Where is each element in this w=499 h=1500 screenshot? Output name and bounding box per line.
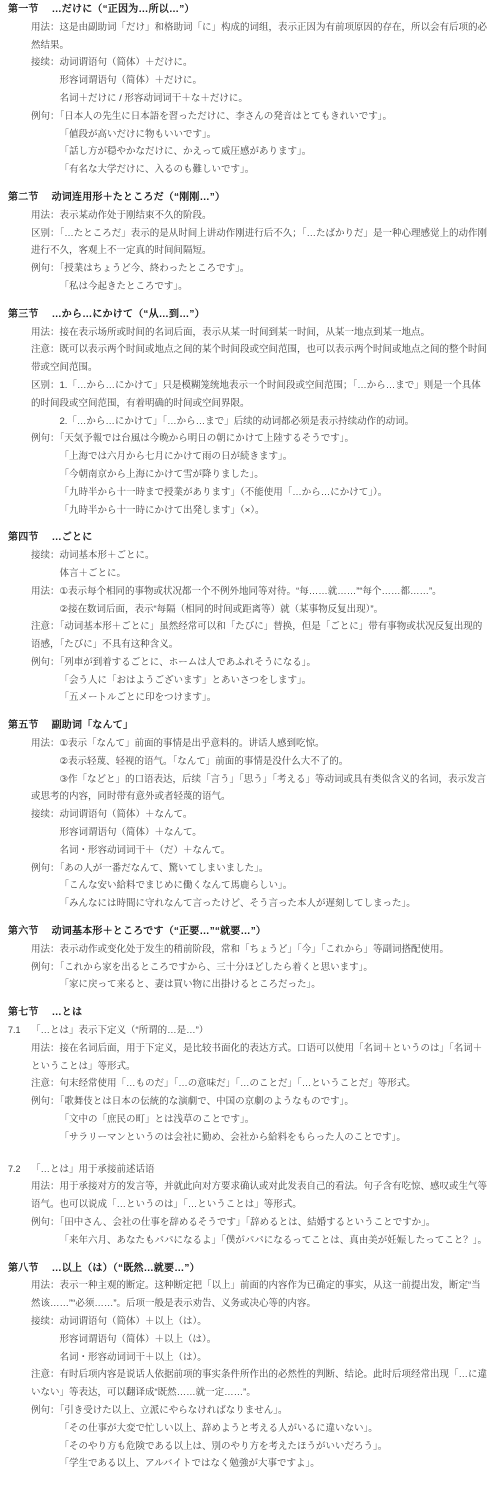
item-first-line: 例句：「あの人が一番だなんて、驚いてしまいました」。 (31, 860, 489, 878)
item-label: 注意： (31, 1078, 60, 1089)
section-item: 注意：句末经常使用「…ものだ」「…の意味だ」「…のことだ」「…ということだ」等形… (31, 1075, 489, 1093)
section-item: 例句：「天気予報では台風は今晩から明日の朝にかけて上陸するそうです」。 「上海で… (31, 430, 489, 519)
item-label: 例句： (31, 657, 60, 668)
section-item: 用法：这是由副助词「だけ」和格助词「に」构成的词组，表示正因为有前项原因的存在，… (31, 19, 489, 55)
section-item: 接续：动词谓语句（简体）＋なんて。 形容词谓语句（简体）＋なんて。 名词・形容动… (31, 806, 489, 859)
item-text: 「日本人の先生に日本語を習っただけに、李さんの発音はとてもきれいです」。 (60, 111, 393, 122)
section-item: 例句：「あの人が一番だなんて、驚いてしまいました」。 「こんな安い給料でまじめに… (31, 860, 489, 913)
item-sub-line: 「五メートルごとに印をつけます」。 (31, 689, 489, 707)
item-text: 动词谓语句（简体）＋だけに。 (60, 57, 193, 68)
item-text: 「これから家を出るところですから、三十分ほどしたら着くと思います」。 (60, 962, 373, 973)
item-first-line: 区别：1.「…から…にかけて」只是模糊笼统地表示一个时间段或空间范围；「…から…… (31, 377, 489, 413)
item-sub-line: 名词＋だけに / 形容动词词干＋な＋だけに。 (31, 90, 489, 108)
item-sub-line: 「家に戻って来ると、妻は買い物に出掛けるところだった」。 (31, 976, 489, 994)
document-body: 第一节…だけに（“正因为…所以…”） 用法：这是由副助词「だけ」和格助词「に」构… (0, 0, 499, 1473)
section-heading: 第三节…から…にかけて（“从…到…”） (8, 306, 489, 324)
item-text: 接在名词后面，用于下定义，是比较书面化的表达方式。口语可以使用「名词＋というのは… (31, 1043, 482, 1072)
item-first-line: 接续：动词谓语句（简体）＋なんて。 (31, 806, 489, 824)
grammar-section: 第一节…だけに（“正因为…所以…”） 用法：这是由副助词「だけ」和格助词「に」构… (8, 1, 489, 179)
item-sub-line: 「私は今起きたところです」。 (31, 278, 489, 296)
section-item: 区别：1.「…から…にかけて」只是模糊笼统地表示一个时间段或空间范围；「…から…… (31, 377, 489, 430)
section-number: 第四节 (8, 532, 39, 543)
section-item: 例句：「引き受けた以上、立派にやらなければなりません」。 「その仕事が大変で忙し… (31, 1402, 489, 1473)
item-first-line: 接续：动词谓语句（简体）＋だけに。 (31, 54, 489, 72)
section-heading: 第四节…ごとに (8, 529, 489, 547)
section-title: …以上（は）（“既然…就要…”） (52, 1263, 200, 1274)
section-item: 用法：表示一种主观的断定。这种断定把「以上」前面的内容作为已确定的事实，从这一前… (31, 1277, 489, 1313)
section-item: 用法：表示动作或变化处于发生的稍前阶段，常和「ちょうど」「今」「これから」等副词… (31, 941, 489, 959)
section-item: 用法：接在名词后面，用于下定义，是比较书面化的表达方式。口语可以使用「名词＋とい… (31, 1040, 489, 1076)
item-text: 动词基本形＋ごとに。 (60, 550, 155, 561)
section-number: 第七节 (8, 1007, 39, 1018)
item-sub-line: 2.「…から…にかけて」「…から…まで」后续的动词都必须是表示持续动作的动词。 (31, 413, 489, 431)
item-first-line: 例句：「引き受けた以上、立派にやらなければなりません」。 (31, 1402, 489, 1420)
item-sub-line: 「サラリーマンというのは会社に勤め、会社から給料をもらった人のことです」。 (31, 1129, 489, 1147)
item-first-line: 注意：有时后项内容是说话人依据前项的事实条件所作出的必然性的判断、结论。此时后项… (31, 1366, 489, 1402)
item-label: 例句： (31, 1096, 60, 1107)
item-label: 例句： (31, 962, 60, 973)
section-item: 例句：「歌舞伎とは日本の伝統的な演劇で、中国の京劇のようなものです」。 「文中の… (31, 1093, 489, 1146)
item-text: 「列車が到着するごとに、ホームは人であふれそうになる」。 (60, 657, 317, 668)
item-text: 「田中さん、会社の仕事を辞めるそうです」「辞めるとは、結婚するということですか」… (60, 1217, 436, 1228)
item-first-line: 例句：「列車が到着するごとに、ホームは人であふれそうになる」。 (31, 654, 489, 672)
section-item: 例句：「田中さん、会社の仕事を辞めるそうです」「辞めるとは、結婚するということで… (31, 1214, 489, 1250)
item-label: 用法： (31, 1280, 60, 1291)
item-first-line: 用法：表示某动作处于刚结束不久的阶段。 (31, 207, 489, 225)
item-first-line: 注意：「动词基本形＋ごとに」虽然经常可以和「たびに」替换，但是「ごとに」带有事物… (31, 618, 489, 654)
section-number: 第二节 (8, 192, 39, 203)
item-label: 用法： (31, 210, 60, 221)
grammar-section: 第六节动词基本形＋ところです（“正要…”“就要…”） 用法：表示动作或变化处于发… (8, 923, 489, 994)
item-sub-line: 「九時半から十一時にかけて出発します」（×）。 (31, 502, 489, 520)
item-label: 用法： (31, 586, 60, 597)
section-item: 接续：动词基本形＋ごとに。 体言＋ごとに。 (31, 547, 489, 583)
section-title: 副助词「なんて」 (52, 720, 134, 731)
item-sub-line: 「有名な大学だけに、入るのも難しいです」。 (31, 161, 489, 179)
item-first-line: 例句：「授業はちょうど今、終わったところです」。 (31, 260, 489, 278)
section-number: 第八节 (8, 1263, 39, 1274)
section-title: 动词基本形＋ところです（“正要…”“就要…”） (52, 926, 267, 937)
grammar-section: 第八节…以上（は）（“既然…就要…”） 用法：表示一种主观的断定。这种断定把「以… (8, 1260, 489, 1474)
item-first-line: 例句：「歌舞伎とは日本の伝統的な演劇で、中国の京劇のようなものです」。 (31, 1093, 489, 1111)
item-first-line: 用法：表示一种主观的断定。这种断定把「以上」前面的内容作为已确定的事实，从这一前… (31, 1277, 489, 1313)
subsection-title: 「…とは」用于承接前述话语 (31, 1164, 155, 1175)
item-label: 用法： (31, 327, 60, 338)
item-text: 句末经常使用「…ものだ」「…の意味だ」「…のことだ」「…ということだ」等形式。 (60, 1078, 416, 1089)
item-label: 接续： (31, 550, 60, 561)
item-label: 用法： (31, 944, 60, 955)
item-first-line: 接续：动词谓语句（简体）＋以上（は）。 (31, 1313, 489, 1331)
item-sub-line: 「学生である以上、アルバイトではなく勉強が大事ですよ」。 (31, 1455, 489, 1473)
item-text: 表示一种主观的断定。这种断定把「以上」前面的内容作为已确定的事实，从这一前提出发… (31, 1280, 481, 1309)
item-label: 注意： (31, 344, 60, 355)
item-sub-line: 形容词谓语句（简体）＋なんて。 (31, 824, 489, 842)
section-number: 第五节 (8, 720, 39, 731)
item-text: 「あの人が一番だなんて、驚いてしまいました」。 (60, 863, 269, 874)
grammar-section: 第五节副助词「なんて」 用法：①表示「なんて」前面的事情是出乎意料的。讲话人感到… (8, 717, 489, 913)
item-sub-line: 名词・形容动词词干＋以上（は）。 (31, 1349, 489, 1367)
item-text: 「引き受けた以上、立派にやらなければなりません」。 (60, 1405, 288, 1416)
section-item: 注意：有时后项内容是说话人依据前项的事实条件所作出的必然性的判断、结论。此时后项… (31, 1366, 489, 1402)
item-label: 例句： (31, 1217, 60, 1228)
item-text: 表示某动作处于刚结束不久的阶段。 (60, 210, 212, 221)
item-sub-line: 「会う人に「おはようございます」とあいさつをします」。 (31, 672, 489, 690)
section-heading: 第二节动词连用形＋たところだ（“刚刚…”） (8, 189, 489, 207)
item-sub-line: 「来年六月、あなたもパパになるよ」「僕がパパになるってことは、真由美が妊娠したっ… (31, 1232, 489, 1250)
section-title: …から…にかけて（“从…到…”） (52, 309, 205, 320)
grammar-section: 第七节…とは 7.1「…とは」表示下定义（“所谓的…是…”） 用法：接在名词后面… (8, 1004, 489, 1249)
subsection-number: 7.2 (8, 1161, 31, 1179)
section-heading: 第五节副助词「なんて」 (8, 717, 489, 735)
section-item: 注意：既可以表示两个时间或地点之间的某个时间段或空间范围，也可以表示两个时间或地… (31, 341, 489, 377)
section-item: 注意：「动词基本形＋ごとに」虽然经常可以和「たびに」替换，但是「ごとに」带有事物… (31, 618, 489, 654)
section-item: 例句：「授業はちょうど今、終わったところです」。 「私は今起きたところです」。 (31, 260, 489, 296)
subsection-title: 「…とは」表示下定义（“所谓的…是…”） (31, 1025, 208, 1036)
section-heading: 第七节…とは (8, 1004, 489, 1022)
item-label: 例句： (31, 1405, 60, 1416)
section-heading: 第八节…以上（は）（“既然…就要…”） (8, 1260, 489, 1278)
item-text: 「歌舞伎とは日本の伝統的な演劇で、中国の京劇のようなものです」。 (60, 1096, 354, 1107)
item-label: 例句： (31, 111, 60, 122)
item-sub-line: 名词・形容动词词干＋（だ）＋なんて。 (31, 842, 489, 860)
item-label: 注意： (31, 1369, 60, 1380)
section-title: …だけに（“正因为…所以…”） (52, 4, 195, 15)
item-label: 接续： (31, 809, 60, 820)
item-first-line: 用法：这是由副助词「だけ」和格助词「に」构成的词组，表示正因为有前项原因的存在，… (31, 19, 489, 55)
item-sub-line: 「みんなには時間に守れなんて言ったけど、そう言った本人が遅刻してしまった」。 (31, 895, 489, 913)
item-text: 这是由副助词「だけ」和格助词「に」构成的词组，表示正因为有前项原因的存在，所以会… (31, 22, 487, 51)
section-item: 例句：「日本人の先生に日本語を習っただけに、李さんの発音はとてもきれいです」。 … (31, 108, 489, 179)
section-item: 用法：①表示每个相同的事物或状况都一个不例外地同等对待。“每……就……”“每个…… (31, 583, 489, 619)
item-first-line: 例句：「日本人の先生に日本語を習っただけに、李さんの発音はとてもきれいです」。 (31, 108, 489, 126)
grammar-section: 第四节…ごとに 接续：动词基本形＋ごとに。 体言＋ごとに。 用法：①表示每个相同… (8, 529, 489, 707)
item-text: 「…たところだ」表示的是从时间上讲动作刚进行后不久；「…たばかりだ」是一种心理感… (31, 228, 487, 257)
item-label: 接续： (31, 57, 60, 68)
item-first-line: 例句：「田中さん、会社の仕事を辞めるそうです」「辞めるとは、結婚するということで… (31, 1214, 489, 1232)
item-sub-line: 体言＋ごとに。 (31, 565, 489, 583)
section-item: 接续：动词谓语句（简体）＋だけに。 形容词谓语句（简体）＋だけに。 名词＋だけに… (31, 54, 489, 107)
item-label: 区别： (31, 380, 60, 391)
section-item: 例句：「列車が到着するごとに、ホームは人であふれそうになる」。 「会う人に「おは… (31, 654, 489, 707)
item-sub-line: 「文中の「庶民の町」とは浅草のことです」。 (31, 1111, 489, 1129)
item-sub-line: 「値段が高いだけに物もいいです」。 (31, 126, 489, 144)
item-sub-line: 「こんな安い給料でまじめに働くなんて馬鹿らしい」。 (31, 877, 489, 895)
item-text: 接在表示场所或时间的名词后面，表示从某一时间到某一时间，从某一地点到某一地点。 (60, 327, 431, 338)
item-first-line: 接续：动词基本形＋ごとに。 (31, 547, 489, 565)
item-label: 用法： (31, 738, 60, 749)
section-title: 动词连用形＋たところだ（“刚刚…”） (52, 192, 226, 203)
item-text: 有时后项内容是说话人依据前项的事实条件所作出的必然性的判断、结论。此时后项经常出… (31, 1369, 487, 1398)
item-first-line: 例句：「天気予報では台風は今晩から明日の朝にかけて上陸するそうです」。 (31, 430, 489, 448)
item-text: 「动词基本形＋ごとに」虽然经常可以和「たびに」替换，但是「ごとに」带有事物或状况… (31, 621, 482, 650)
item-sub-line: ③作「などと」的口语表达，后续「言う」「思う」「考える」等动词或具有类似含义的名… (31, 771, 489, 807)
item-first-line: 用法：表示动作或变化处于发生的稍前阶段，常和「ちょうど」「今」「これから」等副词… (31, 941, 489, 959)
item-text: 表示动作或变化处于发生的稍前阶段，常和「ちょうど」「今」「これから」等副词搭配使… (60, 944, 450, 955)
item-sub-line: 「九時半から十一時まで授業があります」（不能使用「…から…にかけて」）。 (31, 484, 489, 502)
section-item: 用法：表示某动作处于刚结束不久的阶段。 (31, 207, 489, 225)
item-text: 既可以表示两个时间或地点之间的某个时间段或空间范围，也可以表示两个时间或地点之间… (31, 344, 487, 373)
item-first-line: 用法：接在名词后面，用于下定义，是比较书面化的表达方式。口语可以使用「名词＋とい… (31, 1040, 489, 1076)
item-sub-line: 「上海では六月から七月にかけて雨の日が続きます」。 (31, 448, 489, 466)
section-item: 例句：「これから家を出るところですから、三十分ほどしたら着くと思います」。 「家… (31, 959, 489, 995)
section-item: 用法：接在表示场所或时间的名词后面，表示从某一时间到某一时间，从某一地点到某一地… (31, 324, 489, 342)
item-first-line: 用法：用于承接对方的发言等，并就此向对方要求确认或对此发表自己的看法。句子含有吃… (31, 1178, 489, 1214)
section-heading: 第一节…だけに（“正因为…所以…”） (8, 1, 489, 19)
item-label: 例句： (31, 263, 60, 274)
item-label: 用法： (31, 22, 60, 33)
item-first-line: 用法：接在表示场所或时间的名词后面，表示从某一时间到某一时间，从某一地点到某一地… (31, 324, 489, 342)
item-label: 区别： (31, 228, 60, 239)
item-sub-line: 「今朝南京から上海にかけて雪が降りました」。 (31, 466, 489, 484)
item-sub-line: 「その仕事が大変で忙しい以上、辞めようと考える人がいるに違いない」。 (31, 1420, 489, 1438)
item-text: ①表示每个相同的事物或状况都一个不例外地同等对待。“每……就……”“每个……都…… (60, 586, 442, 597)
item-text: 1.「…から…にかけて」只是模糊笼统地表示一个时间段或空间范围；「…から…まで」… (31, 380, 481, 409)
item-text: 「天気予報では台風は今晩から明日の朝にかけて上陸するそうです」。 (60, 433, 355, 444)
section-item: 用法：用于承接对方的发言等，并就此向对方要求确认或对此发表自己的看法。句子含有吃… (31, 1178, 489, 1214)
item-sub-line: 形容词谓语句（简体）＋以上（は）。 (31, 1331, 489, 1349)
section-heading: 第六节动词基本形＋ところです（“正要…”“就要…”） (8, 923, 489, 941)
item-sub-line: 形容词谓语句（简体）＋だけに。 (31, 72, 489, 90)
item-label: 用法： (31, 1181, 60, 1192)
section-number: 第三节 (8, 309, 39, 320)
item-text: 动词谓语句（简体）＋以上（は）。 (60, 1316, 207, 1327)
item-text: 「授業はちょうど今、終わったところです」。 (60, 263, 250, 274)
item-sub-line: ②表示轻蔑、轻视的语气。「なんて」前面的事情是没什么大不了的。 (31, 753, 489, 771)
item-sub-line: ②接在数词后面，表示“每隔（相同的时间或距离等）就（某事物反复出现）”。 (31, 601, 489, 619)
subsection-number: 7.1 (8, 1022, 31, 1040)
item-label: 例句： (31, 433, 60, 444)
section-title: …とは (52, 1007, 83, 1018)
section-item: 用法：①表示「なんて」前面的事情是出乎意料的。讲话人感到吃惊。 ②表示轻蔑、轻视… (31, 735, 489, 806)
section-number: 第六节 (8, 926, 39, 937)
item-sub-line: 「そのやり方も危険である以上は、別のやり方を考えたほうがいいだろう」。 (31, 1438, 489, 1456)
item-label: 例句： (31, 863, 60, 874)
item-first-line: 注意：既可以表示两个时间或地点之间的某个时间段或空间范围，也可以表示两个时间或地… (31, 341, 489, 377)
section-number: 第一节 (8, 4, 39, 15)
subsection-heading: 7.1「…とは」表示下定义（“所谓的…是…”） (8, 1022, 489, 1040)
item-first-line: 用法：①表示「なんて」前面的事情是出乎意料的。讲话人感到吃惊。 (31, 735, 489, 753)
item-label: 用法： (31, 1043, 60, 1054)
item-first-line: 用法：①表示每个相同的事物或状况都一个不例外地同等对待。“每……就……”“每个…… (31, 583, 489, 601)
item-sub-line: 「話し方が穏やかなだけに、かえって威圧感があります」。 (31, 143, 489, 161)
item-label: 接续： (31, 1316, 60, 1327)
section-item: 接续：动词谓语句（简体）＋以上（は）。 形容词谓语句（简体）＋以上（は）。 名词… (31, 1313, 489, 1366)
subsection-heading: 7.2「…とは」用于承接前述话语 (8, 1161, 489, 1179)
grammar-section: 第三节…から…にかけて（“从…到…”） 用法：接在表示场所或时间的名词后面，表示… (8, 306, 489, 520)
item-first-line: 注意：句末经常使用「…ものだ」「…の意味だ」「…のことだ」「…ということだ」等形… (31, 1075, 489, 1093)
item-text: ①表示「なんて」前面的事情是出乎意料的。讲话人感到吃惊。 (60, 738, 325, 749)
grammar-section: 第二节动词连用形＋たところだ（“刚刚…”） 用法：表示某动作处于刚结束不久的阶段… (8, 189, 489, 296)
item-text: 动词谓语句（简体）＋なんて。 (60, 809, 193, 820)
item-first-line: 区别：「…たところだ」表示的是从时间上讲动作刚进行后不久；「…たばかりだ」是一种… (31, 225, 489, 261)
section-item: 区别：「…たところだ」表示的是从时间上讲动作刚进行后不久；「…たばかりだ」是一种… (31, 225, 489, 261)
item-first-line: 例句：「これから家を出るところですから、三十分ほどしたら着くと思います」。 (31, 959, 489, 977)
item-label: 注意： (31, 621, 60, 632)
section-title: …ごとに (52, 532, 93, 543)
item-text: 用于承接对方的发言等，并就此向对方要求确认或对此发表自己的看法。句子含有吃惊、感… (31, 1181, 487, 1210)
